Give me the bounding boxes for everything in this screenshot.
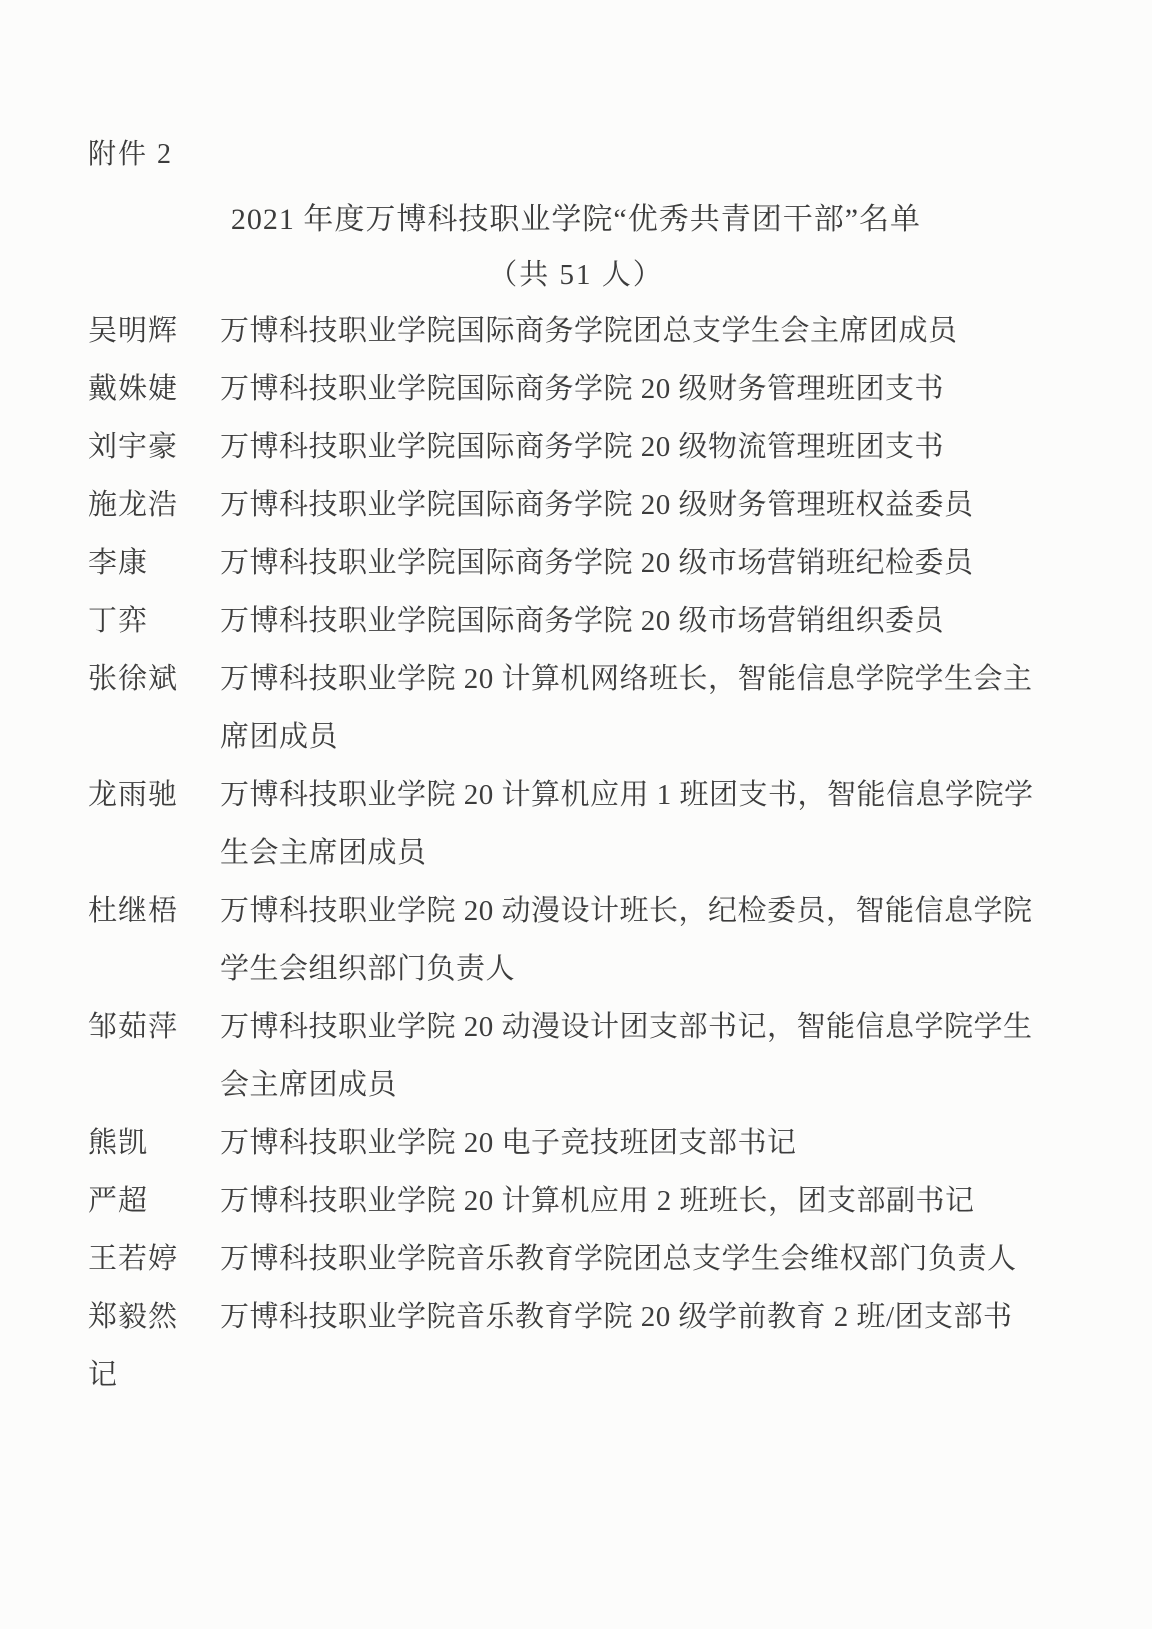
recipient-role-line: 万博科技职业学院国际商务学院 20 级财务管理班权益委员 bbox=[220, 489, 974, 521]
list-item: 龙雨驰万博科技职业学院 20 计算机应用 1 班团支书，智能信息学院学生会主席团… bbox=[88, 766, 1064, 882]
recipient-role-line: 生会主席团成员 bbox=[220, 837, 427, 869]
list-item: 戴姝婕万博科技职业学院国际商务学院 20 级财务管理班团支书 bbox=[88, 360, 1064, 418]
recipient-role-line: 万博科技职业学院 20 计算机应用 1 班团支书，智能信息学院学 bbox=[220, 779, 1034, 811]
recipient-name: 王若婷 bbox=[88, 1230, 220, 1288]
recipient-name: 张徐斌 bbox=[88, 650, 220, 708]
list-item: 熊凯万博科技职业学院 20 电子竞技班团支部书记 bbox=[88, 1114, 1064, 1172]
document-page: 附件 2 2021 年度万博科技职业学院“优秀共青团干部”名单 （共 51 人）… bbox=[0, 0, 1152, 1629]
list-item: 郑毅然万博科技职业学院音乐教育学院 20 级学前教育 2 班/团支部书记 bbox=[88, 1288, 1064, 1404]
recipient-name: 戴姝婕 bbox=[88, 360, 220, 418]
list-item: 邹茹萍万博科技职业学院 20 动漫设计团支部书记，智能信息学院学生会主席团成员 bbox=[88, 998, 1064, 1114]
recipient-role-line: 记 bbox=[88, 1359, 118, 1391]
recipient-name: 严超 bbox=[88, 1172, 220, 1230]
recipient-name: 丁弈 bbox=[88, 592, 220, 650]
list-item: 张徐斌万博科技职业学院 20 计算机网络班长，智能信息学院学生会主席团成员 bbox=[88, 650, 1064, 766]
recipient-role-line: 席团成员 bbox=[220, 721, 338, 753]
recipient-name: 吴明辉 bbox=[88, 302, 220, 360]
recipient-role-line: 万博科技职业学院 20 动漫设计团支部书记，智能信息学院学生 bbox=[220, 1011, 1033, 1043]
recipient-name: 熊凯 bbox=[88, 1114, 220, 1172]
recipient-role-line: 万博科技职业学院国际商务学院 20 级市场营销组织委员 bbox=[220, 605, 944, 637]
recipient-name: 郑毅然 bbox=[88, 1288, 220, 1346]
list-item: 丁弈万博科技职业学院国际商务学院 20 级市场营销组织委员 bbox=[88, 592, 1064, 650]
recipient-role-line: 万博科技职业学院国际商务学院团总支学生会主席团成员 bbox=[220, 315, 958, 347]
recipient-role-line: 万博科技职业学院 20 计算机应用 2 班班长，团支部副书记 bbox=[220, 1185, 975, 1217]
attachment-label: 附件 2 bbox=[88, 138, 1064, 172]
list-item: 杜继梧万博科技职业学院 20 动漫设计班长，纪检委员，智能信息学院学生会组织部门… bbox=[88, 882, 1064, 998]
recipient-name: 邹茹萍 bbox=[88, 998, 220, 1056]
recipient-role-line: 万博科技职业学院国际商务学院 20 级物流管理班团支书 bbox=[220, 431, 944, 463]
list-item: 刘宇豪万博科技职业学院国际商务学院 20 级物流管理班团支书 bbox=[88, 418, 1064, 476]
recipient-name: 杜继梧 bbox=[88, 882, 220, 940]
recipient-role-line: 万博科技职业学院国际商务学院 20 级财务管理班团支书 bbox=[220, 373, 944, 405]
list-item: 施龙浩万博科技职业学院国际商务学院 20 级财务管理班权益委员 bbox=[88, 476, 1064, 534]
recipient-role-line: 会主席团成员 bbox=[220, 1069, 397, 1101]
recipient-name: 龙雨驰 bbox=[88, 766, 220, 824]
recipient-name: 刘宇豪 bbox=[88, 418, 220, 476]
list-item: 吴明辉万博科技职业学院国际商务学院团总支学生会主席团成员 bbox=[88, 302, 1064, 360]
recipient-role-line: 万博科技职业学院 20 计算机网络班长，智能信息学院学生会主 bbox=[220, 663, 1033, 695]
recipient-name: 李康 bbox=[88, 534, 220, 592]
recipient-role-line: 学生会组织部门负责人 bbox=[220, 953, 515, 985]
recipient-role-line: 万博科技职业学院音乐教育学院团总支学生会维权部门负责人 bbox=[220, 1243, 1017, 1275]
recipient-role-line: 万博科技职业学院国际商务学院 20 级市场营销班纪检委员 bbox=[220, 547, 974, 579]
recipient-name: 施龙浩 bbox=[88, 476, 220, 534]
document-title: 2021 年度万博科技职业学院“优秀共青团干部”名单 bbox=[88, 200, 1064, 240]
recipient-role-line: 万博科技职业学院 20 电子竞技班团支部书记 bbox=[220, 1127, 797, 1159]
list-item: 王若婷万博科技职业学院音乐教育学院团总支学生会维权部门负责人 bbox=[88, 1230, 1064, 1288]
recipient-list: 吴明辉万博科技职业学院国际商务学院团总支学生会主席团成员戴姝婕万博科技职业学院国… bbox=[88, 302, 1064, 1404]
recipient-count: （共 51 人） bbox=[88, 256, 1064, 294]
list-item: 严超万博科技职业学院 20 计算机应用 2 班班长，团支部副书记 bbox=[88, 1172, 1064, 1230]
recipient-role-line: 万博科技职业学院 20 动漫设计班长，纪检委员，智能信息学院 bbox=[220, 895, 1033, 927]
list-item: 李康万博科技职业学院国际商务学院 20 级市场营销班纪检委员 bbox=[88, 534, 1064, 592]
recipient-role-line: 万博科技职业学院音乐教育学院 20 级学前教育 2 班/团支部书 bbox=[220, 1301, 1013, 1333]
